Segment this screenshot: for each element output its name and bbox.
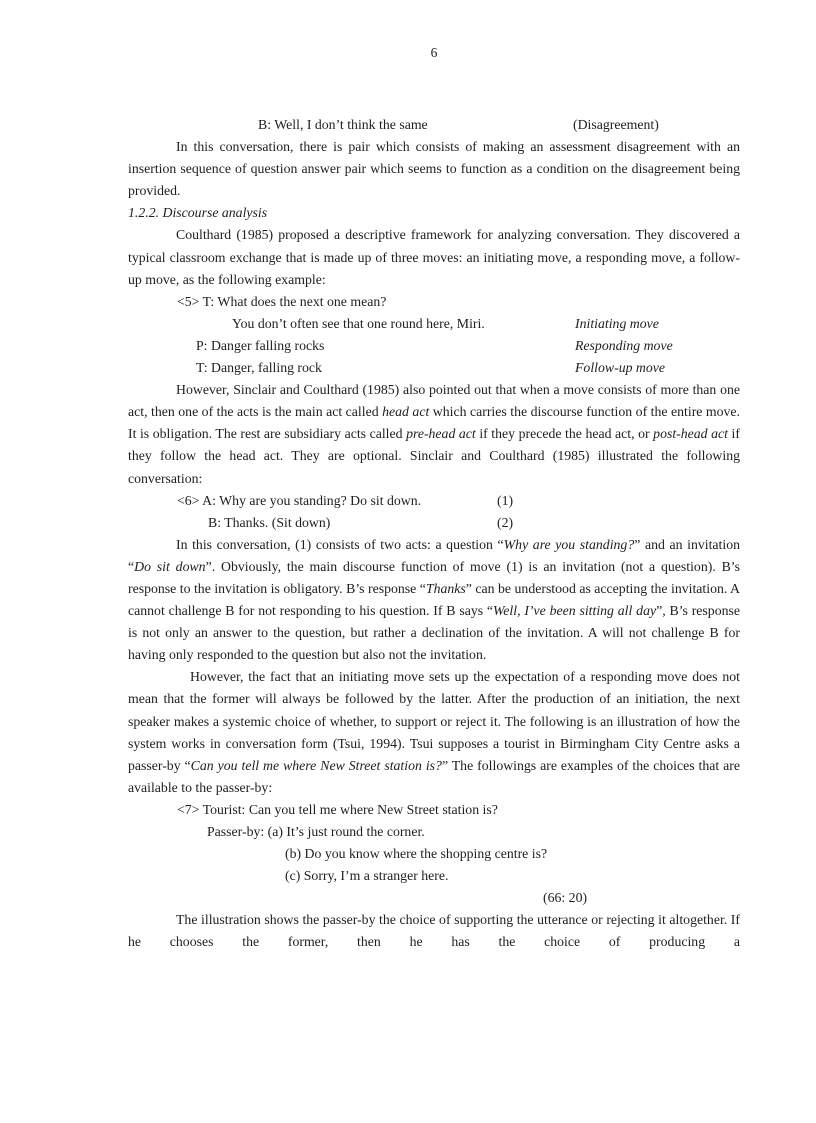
section-heading-discourse-analysis: 1.2.2. Discourse analysis bbox=[128, 202, 740, 224]
disagreement-label: (Disagreement) bbox=[573, 114, 659, 136]
initiating-move-label: Initiating move bbox=[575, 313, 659, 335]
example6-line-a: <6> A: Why are you standing? Do sit down… bbox=[128, 490, 740, 512]
example5-initiating-text: You don’t often see that one round here,… bbox=[232, 316, 485, 331]
example5-line-initiating: You don’t often see that one round here,… bbox=[128, 313, 740, 335]
paragraph-illustration: The illustration shows the passer-by the… bbox=[128, 909, 740, 953]
citation-reference: (66: 20) bbox=[128, 887, 740, 909]
example7-line-passerby-b: (b) Do you know where the shopping centr… bbox=[128, 843, 740, 865]
paragraph-assessment: In this conversation, there is pair whic… bbox=[128, 136, 740, 202]
example6-line-b: B: Thanks. (Sit down) (2) bbox=[128, 512, 740, 534]
paragraph-expectation: However, the fact that an initiating mov… bbox=[128, 666, 740, 799]
example6-b-text: B: Thanks. (Sit down) bbox=[208, 515, 330, 530]
responding-move-label: Responding move bbox=[575, 335, 673, 357]
example5-responding-text: P: Danger falling rocks bbox=[196, 338, 324, 353]
dialogue-line-disagreement: B: Well, I don’t think the same (Disagre… bbox=[128, 114, 740, 136]
dialogue-text: B: Well, I don’t think the same bbox=[258, 117, 428, 132]
example5-line-t-question: <5> T: What does the next one mean? bbox=[128, 291, 740, 313]
example5-line-responding: P: Danger falling rocks Responding move bbox=[128, 335, 740, 357]
example6-a-text: <6> A: Why are you standing? Do sit down… bbox=[177, 493, 421, 508]
page-content: B: Well, I don’t think the same (Disagre… bbox=[128, 114, 740, 954]
example7-line-passerby-c: (c) Sorry, I’m a stranger here. bbox=[128, 865, 740, 887]
example6-marker-1: (1) bbox=[497, 490, 513, 512]
example7-line-passerby-a: Passer-by: (a) It’s just round the corne… bbox=[128, 821, 740, 843]
example7-line-tourist: <7> Tourist: Can you tell me where New S… bbox=[128, 799, 740, 821]
example5-line-followup: T: Danger, falling rock Follow-up move bbox=[128, 357, 740, 379]
example6-marker-2: (2) bbox=[497, 512, 513, 534]
page-number: 6 bbox=[128, 42, 740, 64]
document-page: 6 B: Well, I don’t think the same (Disag… bbox=[0, 0, 816, 1123]
paragraph-coulthard: Coulthard (1985) proposed a descriptive … bbox=[128, 224, 740, 290]
example5-followup-text: T: Danger, falling rock bbox=[196, 360, 322, 375]
followup-move-label: Follow-up move bbox=[575, 357, 665, 379]
paragraph-two-acts: In this conversation, (1) consists of tw… bbox=[128, 534, 740, 667]
paragraph-head-act: However, Sinclair and Coulthard (1985) a… bbox=[128, 379, 740, 489]
